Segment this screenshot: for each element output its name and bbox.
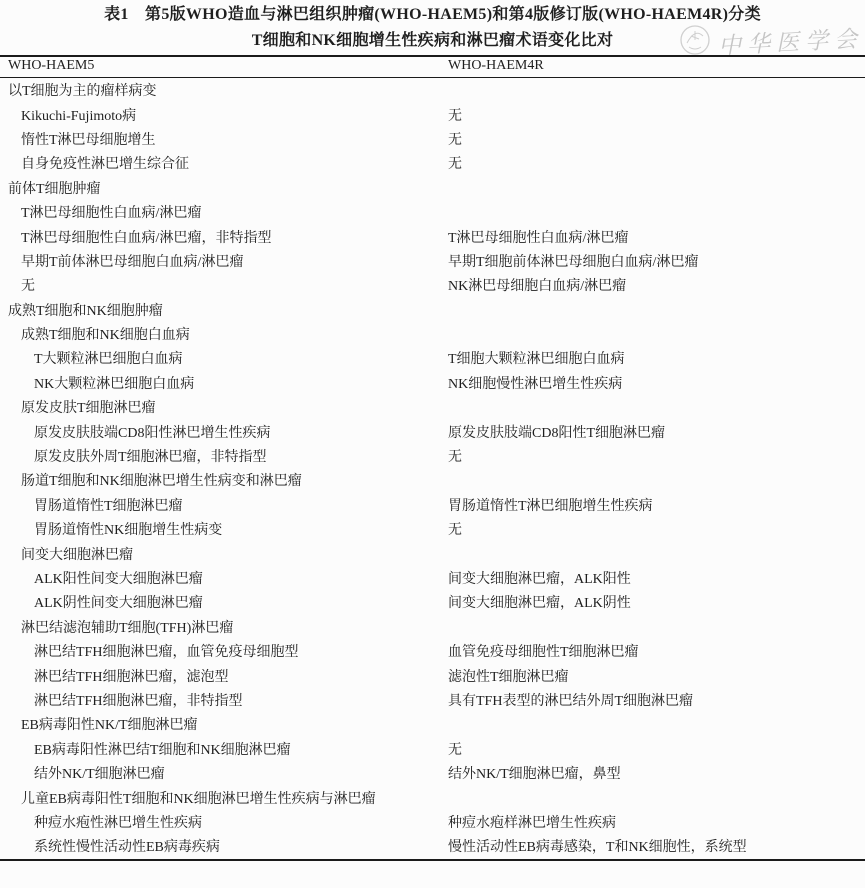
- table-row: T淋巴母细胞性白血病/淋巴瘤，非特指型T淋巴母细胞性白血病/淋巴瘤: [0, 224, 865, 248]
- table-row: 胃肠道惰性T细胞淋巴瘤胃肠道惰性T淋巴细胞增生性疾病: [0, 493, 865, 517]
- table-row: 自身免疫性淋巴增生综合征无: [0, 151, 865, 175]
- col-header-haem5: WHO-HAEM5: [8, 58, 94, 74]
- cell-haem4r: 慢性活动性EB病毒感染，T和NK细胞性，系统型: [448, 836, 865, 856]
- table-row: 淋巴结滤泡辅助T细胞(TFH)淋巴瘤: [0, 615, 865, 639]
- table-row: 成熟T细胞和NK细胞肿瘤: [0, 298, 865, 322]
- cell-haem5: 原发皮肤T细胞淋巴瘤: [0, 397, 448, 417]
- table-row: 无NK淋巴母细胞白血病/淋巴瘤: [0, 273, 865, 297]
- cell-haem4r: NK淋巴母细胞白血病/淋巴瘤: [448, 275, 865, 295]
- cell-haem5: T淋巴母细胞性白血病/淋巴瘤: [0, 202, 448, 222]
- cell-haem4r: 无: [448, 446, 865, 466]
- table-row: 淋巴结TFH细胞淋巴瘤，滤泡型滤泡性T细胞淋巴瘤: [0, 663, 865, 687]
- cell-haem4r: 结外NK/T细胞淋巴瘤，鼻型: [448, 763, 865, 783]
- cell-haem5: 系统性慢性活动性EB病毒疾病: [0, 836, 448, 856]
- cell-haem5: 成熟T细胞和NK细胞肿瘤: [0, 300, 448, 320]
- table-title-line2: T细胞和NK细胞增生性疾病和淋巴瘤术语变化比对: [0, 31, 865, 51]
- cell-haem4r: 间变大细胞淋巴瘤，ALK阴性: [448, 592, 865, 612]
- table-row: 淋巴结TFH细胞淋巴瘤，血管免疫母细胞型血管免疫母细胞性T细胞淋巴瘤: [0, 639, 865, 663]
- cell-haem5: 惰性T淋巴母细胞增生: [0, 129, 448, 149]
- table-row: 淋巴结TFH细胞淋巴瘤，非特指型具有TFH表型的淋巴结外周T细胞淋巴瘤: [0, 688, 865, 712]
- table-body: 以T细胞为主的瘤样病变Kikuchi-Fujimoto病无惰性T淋巴母细胞增生无…: [0, 78, 865, 859]
- cell-haem4r: 具有TFH表型的淋巴结外周T细胞淋巴瘤: [448, 690, 865, 710]
- cell-haem5: 间变大细胞淋巴瘤: [0, 544, 448, 564]
- table-row: EB病毒阳性NK/T细胞淋巴瘤: [0, 712, 865, 736]
- table-row: 原发皮肤肢端CD8阳性淋巴增生性疾病原发皮肤肢端CD8阳性T细胞淋巴瘤: [0, 419, 865, 443]
- table-row: 间变大细胞淋巴瘤: [0, 541, 865, 565]
- cell-haem5: 胃肠道惰性NK细胞增生性病变: [0, 519, 448, 539]
- cell-haem4r: NK细胞慢性淋巴增生性疾病: [448, 373, 865, 393]
- table-row: 种痘水疱性淋巴增生性疾病种痘水疱样淋巴增生性疾病: [0, 810, 865, 834]
- cell-haem4r: 胃肠道惰性T淋巴细胞增生性疾病: [448, 495, 865, 515]
- table-row: 系统性慢性活动性EB病毒疾病慢性活动性EB病毒感染，T和NK细胞性，系统型: [0, 834, 865, 858]
- cell-haem5: 无: [0, 275, 448, 295]
- col-header-haem4r: WHO-HAEM4R: [448, 58, 544, 74]
- cell-haem4r: T淋巴母细胞性白血病/淋巴瘤: [448, 227, 865, 247]
- table-row: T大颗粒淋巴细胞白血病T细胞大颗粒淋巴细胞白血病: [0, 346, 865, 370]
- table-bottom-rule: [0, 859, 865, 861]
- cell-haem5: 结外NK/T细胞淋巴瘤: [0, 763, 448, 783]
- cell-haem5: 种痘水疱性淋巴增生性疾病: [0, 812, 448, 832]
- table-row: 儿童EB病毒阳性T细胞和NK细胞淋巴增生性疾病与淋巴瘤: [0, 785, 865, 809]
- table-row: 原发皮肤T细胞淋巴瘤: [0, 395, 865, 419]
- cell-haem4r: 间变大细胞淋巴瘤，ALK阳性: [448, 568, 865, 588]
- cell-haem5: 淋巴结滤泡辅助T细胞(TFH)淋巴瘤: [0, 617, 448, 637]
- cell-haem4r: 种痘水疱样淋巴增生性疾病: [448, 812, 865, 832]
- table-row: 原发皮肤外周T细胞淋巴瘤，非特指型无: [0, 444, 865, 468]
- cell-haem4r: 无: [448, 105, 865, 125]
- table-row: Kikuchi-Fujimoto病无: [0, 102, 865, 126]
- cell-haem5: ALK阴性间变大细胞淋巴瘤: [0, 592, 448, 612]
- table-header: WHO-HAEM5 WHO-HAEM4R: [0, 58, 865, 77]
- cell-haem5: 早期T前体淋巴母细胞白血病/淋巴瘤: [0, 251, 448, 271]
- cell-haem5: 淋巴结TFH细胞淋巴瘤，血管免疫母细胞型: [0, 641, 448, 661]
- cell-haem5: ALK阳性间变大细胞淋巴瘤: [0, 568, 448, 588]
- table-row: 早期T前体淋巴母细胞白血病/淋巴瘤早期T细胞前体淋巴母细胞白血病/淋巴瘤: [0, 249, 865, 273]
- cell-haem4r: 滤泡性T细胞淋巴瘤: [448, 666, 865, 686]
- table-row: EB病毒阳性淋巴结T细胞和NK细胞淋巴瘤无: [0, 737, 865, 761]
- cell-haem5: 以T细胞为主的瘤样病变: [0, 80, 448, 100]
- cell-haem5: EB病毒阳性淋巴结T细胞和NK细胞淋巴瘤: [0, 739, 448, 759]
- cell-haem4r: 无: [448, 129, 865, 149]
- table-title-line1: 表1 第5版WHO造血与淋巴组织肿瘤(WHO-HAEM5)和第4版修订版(WHO…: [0, 5, 865, 25]
- table-row: NK大颗粒淋巴细胞白血病NK细胞慢性淋巴增生性疾病: [0, 371, 865, 395]
- table-row: ALK阴性间变大细胞淋巴瘤间变大细胞淋巴瘤，ALK阴性: [0, 590, 865, 614]
- cell-haem5: 原发皮肤肢端CD8阳性淋巴增生性疾病: [0, 422, 448, 442]
- cell-haem5: 前体T细胞肿瘤: [0, 178, 448, 198]
- cell-haem5: 肠道T细胞和NK细胞淋巴增生性病变和淋巴瘤: [0, 470, 448, 490]
- table-row: 胃肠道惰性NK细胞增生性病变无: [0, 517, 865, 541]
- cell-haem5: 胃肠道惰性T细胞淋巴瘤: [0, 495, 448, 515]
- table-row: 惰性T淋巴母细胞增生无: [0, 127, 865, 151]
- cell-haem5: Kikuchi-Fujimoto病: [0, 105, 448, 125]
- cell-haem5: T淋巴母细胞性白血病/淋巴瘤，非特指型: [0, 227, 448, 247]
- journal-table-page: 表1 第5版WHO造血与淋巴组织肿瘤(WHO-HAEM5)和第4版修订版(WHO…: [0, 0, 865, 888]
- cell-haem4r: 无: [448, 153, 865, 173]
- cell-haem5: 儿童EB病毒阳性T细胞和NK细胞淋巴增生性疾病与淋巴瘤: [0, 788, 448, 808]
- cell-haem5: 淋巴结TFH细胞淋巴瘤，非特指型: [0, 690, 448, 710]
- table-row: T淋巴母细胞性白血病/淋巴瘤: [0, 200, 865, 224]
- table-row: 以T细胞为主的瘤样病变: [0, 78, 865, 102]
- cell-haem5: 原发皮肤外周T细胞淋巴瘤，非特指型: [0, 446, 448, 466]
- table-row: 结外NK/T细胞淋巴瘤结外NK/T细胞淋巴瘤，鼻型: [0, 761, 865, 785]
- cell-haem4r: 无: [448, 519, 865, 539]
- cell-haem5: NK大颗粒淋巴细胞白血病: [0, 373, 448, 393]
- cell-haem4r: 血管免疫母细胞性T细胞淋巴瘤: [448, 641, 865, 661]
- cell-haem4r: 原发皮肤肢端CD8阳性T细胞淋巴瘤: [448, 422, 865, 442]
- cell-haem4r: 无: [448, 739, 865, 759]
- table-row: ALK阳性间变大细胞淋巴瘤间变大细胞淋巴瘤，ALK阳性: [0, 566, 865, 590]
- cell-haem5: EB病毒阳性NK/T细胞淋巴瘤: [0, 714, 448, 734]
- cell-haem5: 自身免疫性淋巴增生综合征: [0, 153, 448, 173]
- cell-haem5: 成熟T细胞和NK细胞白血病: [0, 324, 448, 344]
- table-row: 成熟T细胞和NK细胞白血病: [0, 322, 865, 346]
- table-row: 肠道T细胞和NK细胞淋巴增生性病变和淋巴瘤: [0, 468, 865, 492]
- cell-haem4r: T细胞大颗粒淋巴细胞白血病: [448, 348, 865, 368]
- cell-haem5: 淋巴结TFH细胞淋巴瘤，滤泡型: [0, 666, 448, 686]
- table-top-rule: [0, 55, 865, 57]
- table-row: 前体T细胞肿瘤: [0, 176, 865, 200]
- cell-haem5: T大颗粒淋巴细胞白血病: [0, 348, 448, 368]
- cell-haem4r: 早期T细胞前体淋巴母细胞白血病/淋巴瘤: [448, 251, 865, 271]
